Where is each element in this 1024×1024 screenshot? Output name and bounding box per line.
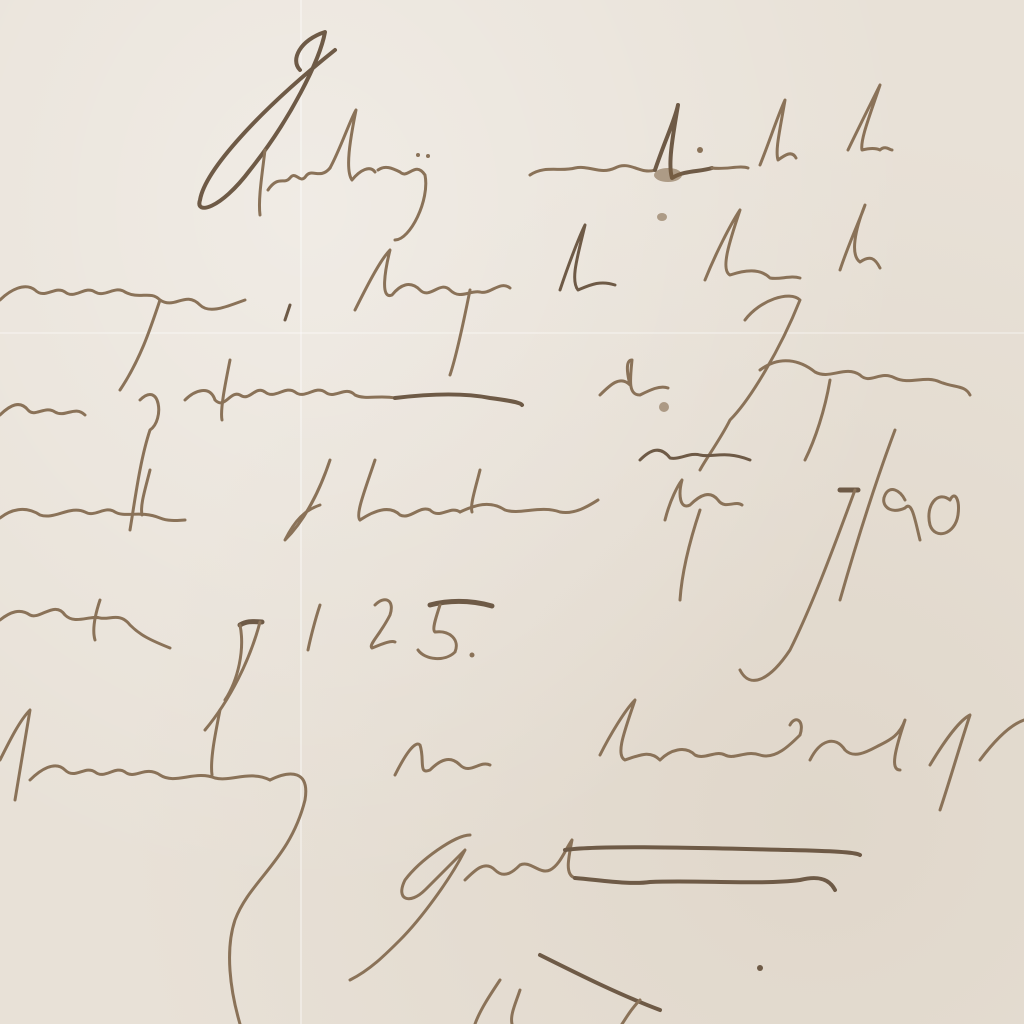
handwriting-line-5 [0,600,492,730]
handwriting-line-3 [0,296,970,530]
handwriting-line-1 [199,32,892,240]
handwriting-strokes [0,0,1024,1024]
letter-paper: Hierbij zend ik u …tekeningen, mogelijk … [0,0,1024,1024]
handwriting-line-6 [0,700,1024,1024]
handwriting-line-8 [475,955,763,1024]
handwriting-line-2 [0,205,880,390]
handwriting-line-4 [0,430,958,680]
handwriting-line-7 [350,835,860,980]
